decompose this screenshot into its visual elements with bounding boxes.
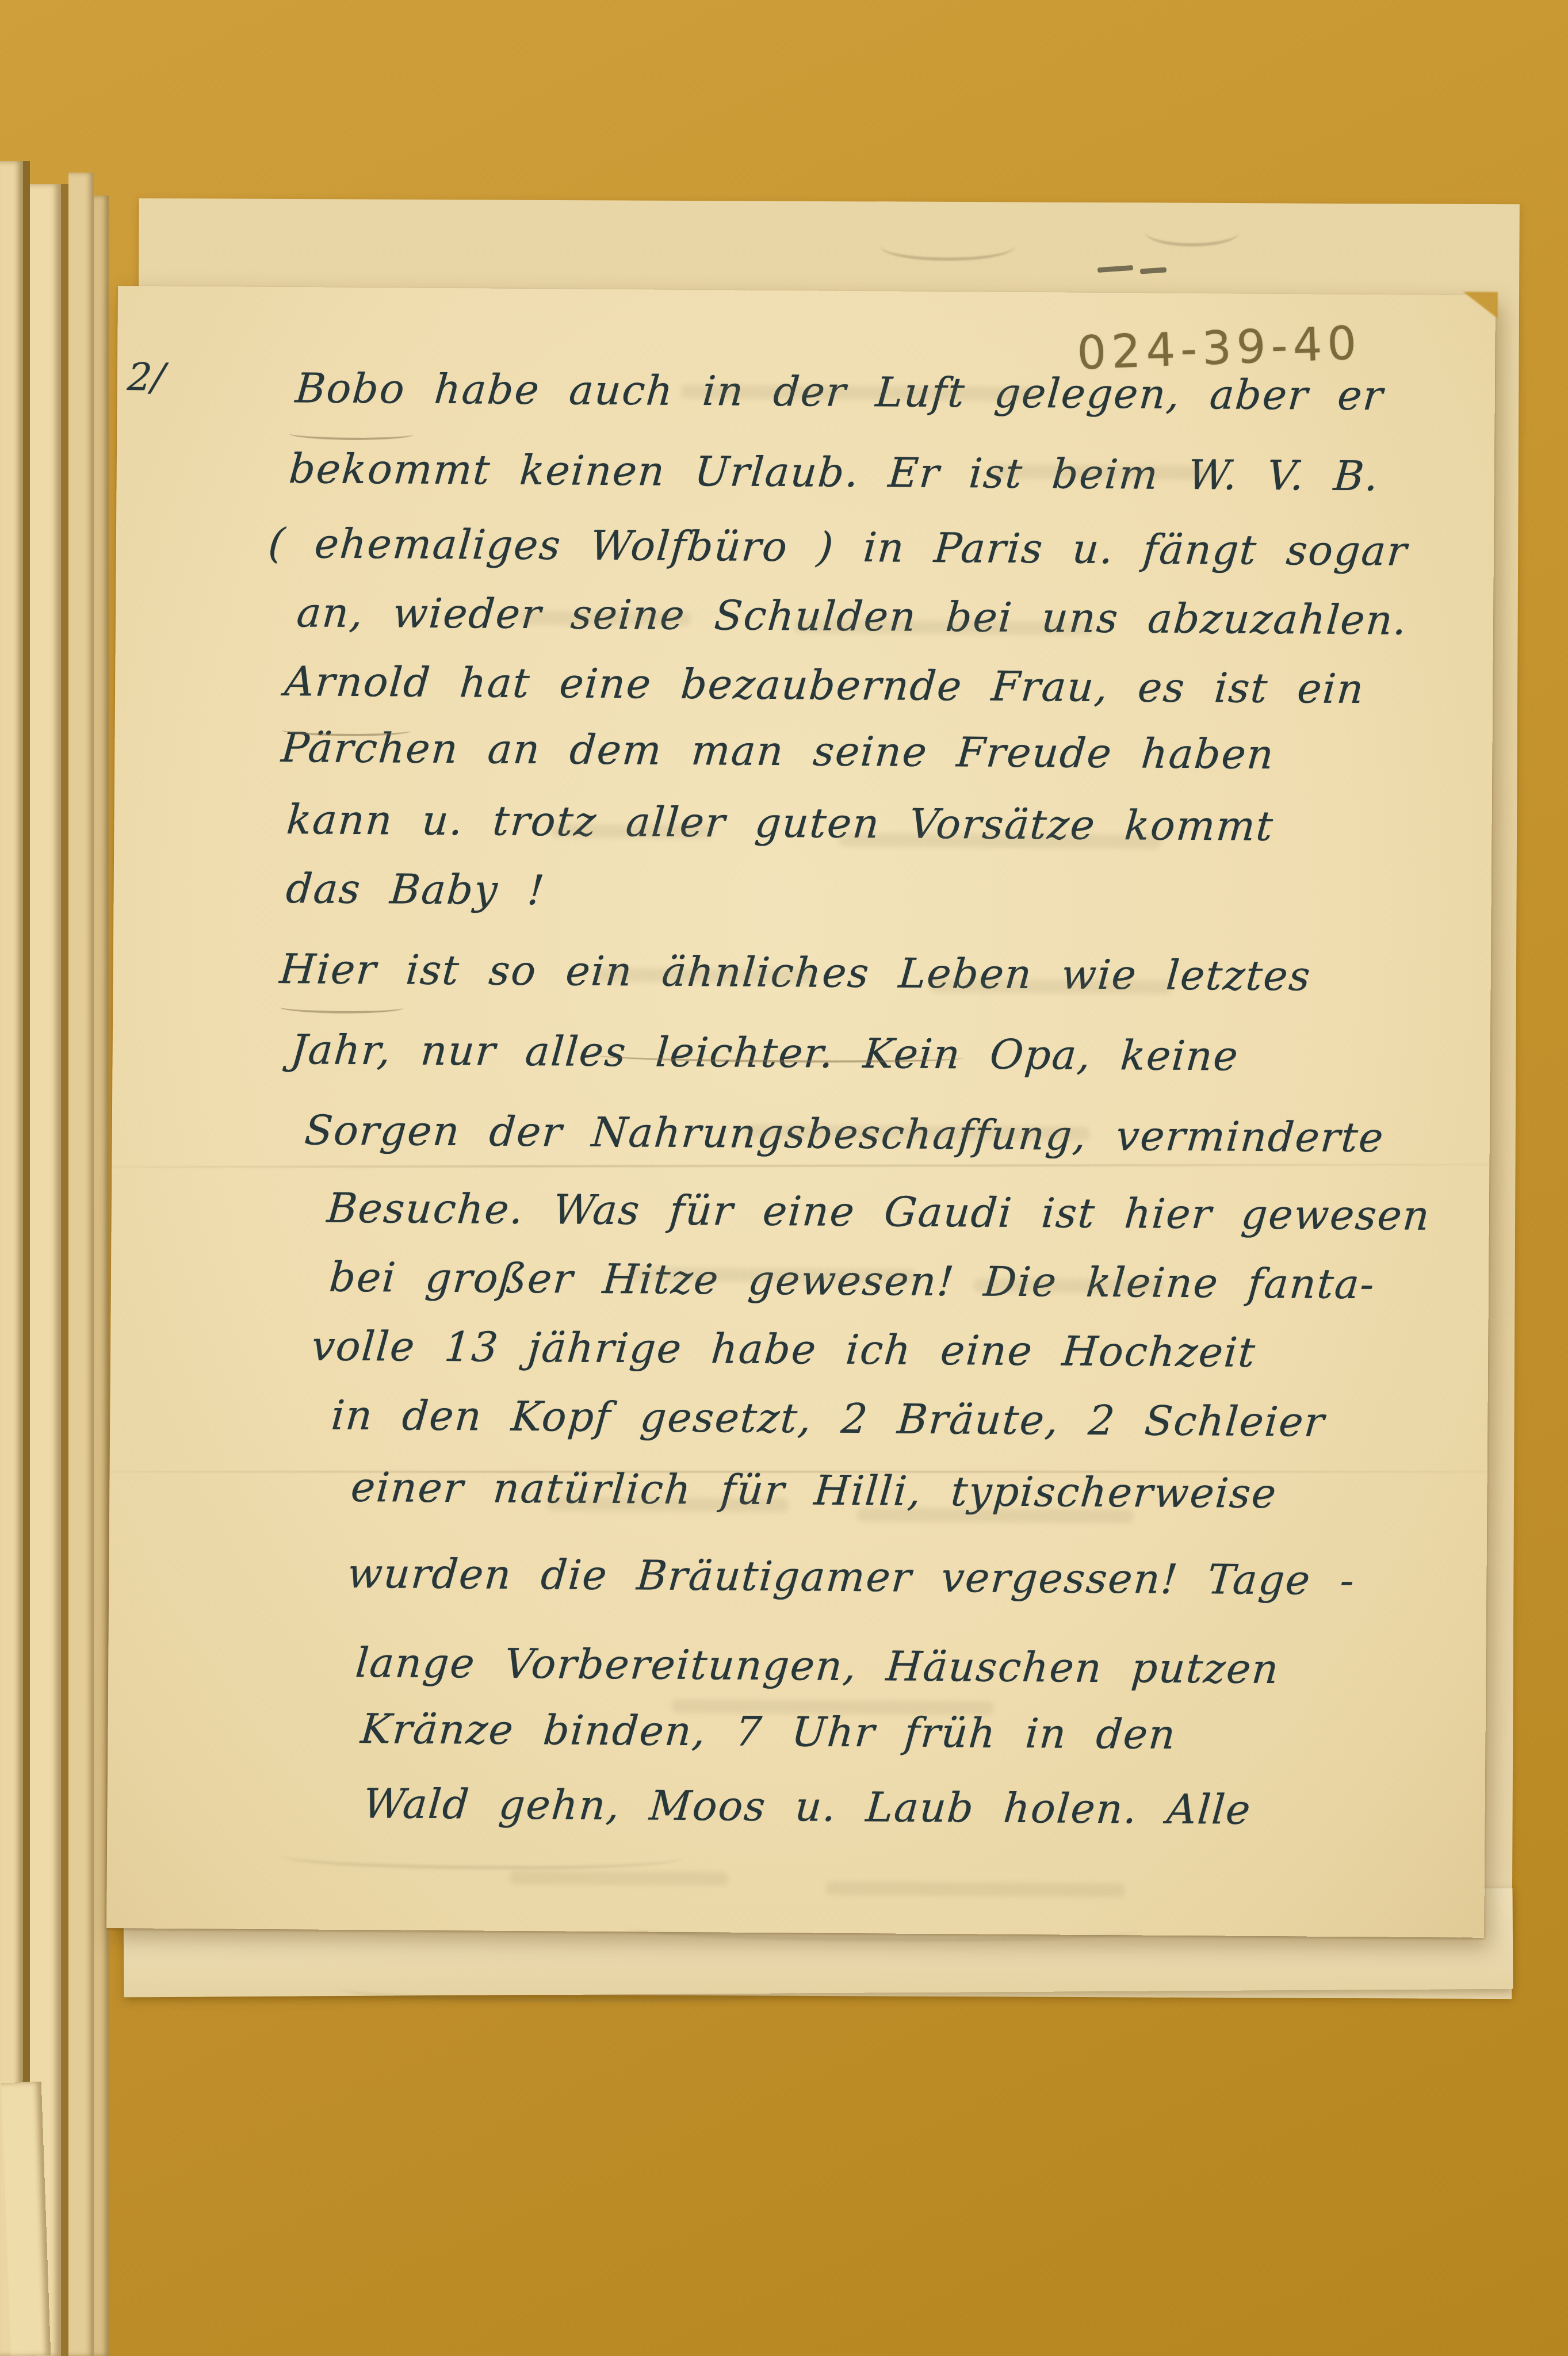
bleed-through (825, 1881, 1125, 1898)
bleed-through (681, 385, 1038, 401)
letter-line: volle 13 jährige habe ich eine Hochzeit (310, 1325, 1257, 1372)
letter-line: Pärchen an dem man seine Freude haben (280, 727, 1276, 775)
letter-line: das Baby ! (285, 868, 546, 911)
archive-photo: 024-39-40 2/ Bobo habe auch in der Luft … (0, 0, 1568, 2356)
bleed-through-handwriting (280, 1840, 682, 1871)
paper-stack-shadow (23, 161, 30, 2356)
bleed-through (518, 611, 691, 626)
letter-line: Kränze binden, 7 Uhr früh in den (360, 1708, 1178, 1755)
bleed-through (974, 1278, 1164, 1293)
pencil-underline-bobo (289, 428, 413, 441)
bleed-through (857, 1508, 1133, 1523)
paper-stack-edge (94, 196, 109, 2356)
bleed-through (930, 979, 1171, 995)
letter-line: ( ehemaliges Wolfbüro ) in Paris u. fäng… (267, 523, 1409, 572)
bleed-through (596, 968, 815, 984)
faint-pencil-scribble (880, 230, 1015, 261)
letter-line: wurden die Bräutigamer vergessen! Tage - (346, 1553, 1357, 1601)
corner-fold (1463, 292, 1498, 318)
letter-page: 024-39-40 2/ Bobo habe auch in der Luft … (106, 286, 1496, 1938)
paper-stack-shadow (61, 184, 68, 2356)
paper-stack-edge (0, 161, 23, 2356)
letter-line: einer natürlich für Hilli, typischerweis… (350, 1467, 1279, 1514)
fold-crease (112, 1164, 1489, 1168)
letter-line: in den Kopf gesetzt, 2 Bräute, 2 Schleie… (330, 1395, 1327, 1443)
fold-crease (110, 1471, 1487, 1472)
bleed-through (510, 1871, 728, 1886)
paper-stack-edge (68, 173, 94, 2356)
faint-pencil-scribble (1145, 216, 1240, 246)
bleed-through (991, 465, 1210, 480)
letter-line: Arnold hat eine bezaubernde Frau, es ist… (283, 661, 1366, 709)
letter-line: lange Vorbereitungen, Häuschen putzen (354, 1642, 1281, 1689)
letter-line: Wald gehn, Moos u. Laub holen. Alle (362, 1783, 1253, 1830)
bleed-through (745, 1125, 1090, 1141)
bleed-through (794, 619, 1093, 636)
bleed-through (672, 1699, 994, 1715)
bleed-through (551, 824, 712, 839)
bleed-through (629, 1267, 916, 1283)
letter-line: bekommt keinen Urlaub. Er ist beim W. V.… (288, 448, 1380, 496)
bleed-through (546, 1497, 788, 1512)
bleed-through (839, 833, 1161, 849)
page-marker: 2/ (126, 358, 166, 396)
paper-stack-edge (30, 184, 61, 2356)
pencil-underline-hier (280, 1001, 403, 1014)
letter-line: Besuche. Was für eine Gaudi ist hier gew… (326, 1188, 1432, 1236)
